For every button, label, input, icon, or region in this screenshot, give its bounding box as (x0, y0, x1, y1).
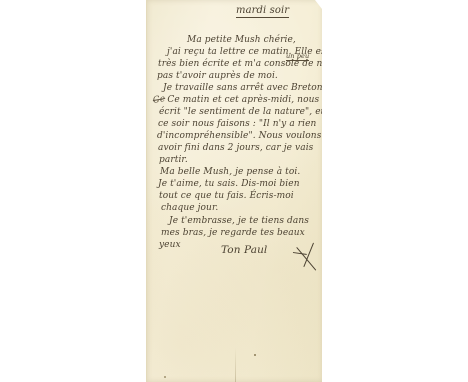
paper-crease (235, 348, 236, 382)
letter-line: partir. (159, 155, 188, 166)
letter-line: Ma belle Mush, je pense à toi. (160, 167, 300, 178)
letter-line: d'incompréhensible". Nous voulons (157, 131, 321, 142)
letter-line: ce soir nous faisons : "Il n'y a rien (158, 119, 316, 130)
letter-dateline: mardi soir (236, 5, 289, 18)
letter-line-text: Ce matin et cet après-midi, nous avons (167, 95, 349, 105)
struck-text: Ce (152, 94, 166, 107)
letter-line: très bien écrite et m'a consolé de ne (158, 59, 328, 70)
signature-flourish (293, 252, 307, 255)
letter-paper: mardi soir Ma petite Mush chérie, j'ai r… (146, 0, 324, 382)
scan-background: mardi soir Ma petite Mush chérie, j'ai r… (0, 0, 468, 382)
paper-speck (164, 376, 166, 378)
letter-signature: Ton Paul (221, 245, 267, 256)
letter-line: écrit "le sentiment de la nature", et (159, 107, 324, 118)
letter-line: avoir fini dans 2 jours, car je vais (158, 143, 313, 154)
paper-speck (254, 354, 256, 356)
paper-speck (157, 100, 158, 102)
letter-line: pas t'avoir auprès de moi. (157, 71, 278, 82)
letter-line: chaque jour. (161, 203, 218, 214)
letter-line: mes bras, je regarde tes beaux (161, 228, 305, 239)
letter-line: Je travaille sans arrêt avec Breton. (163, 83, 326, 94)
letter-line: tout ce que tu fais. Écris-moi (159, 191, 294, 202)
letter-line: Je t'embrasse, je te tiens dans (169, 216, 309, 227)
letter-line: Je t'aime, tu sais. Dis-moi bien (158, 179, 300, 190)
letter-line: Ma petite Mush chérie, (187, 35, 296, 46)
letter-line: CeCe matin et cet après-midi, nous avons (153, 95, 349, 106)
letter-line: yeux (159, 240, 181, 251)
